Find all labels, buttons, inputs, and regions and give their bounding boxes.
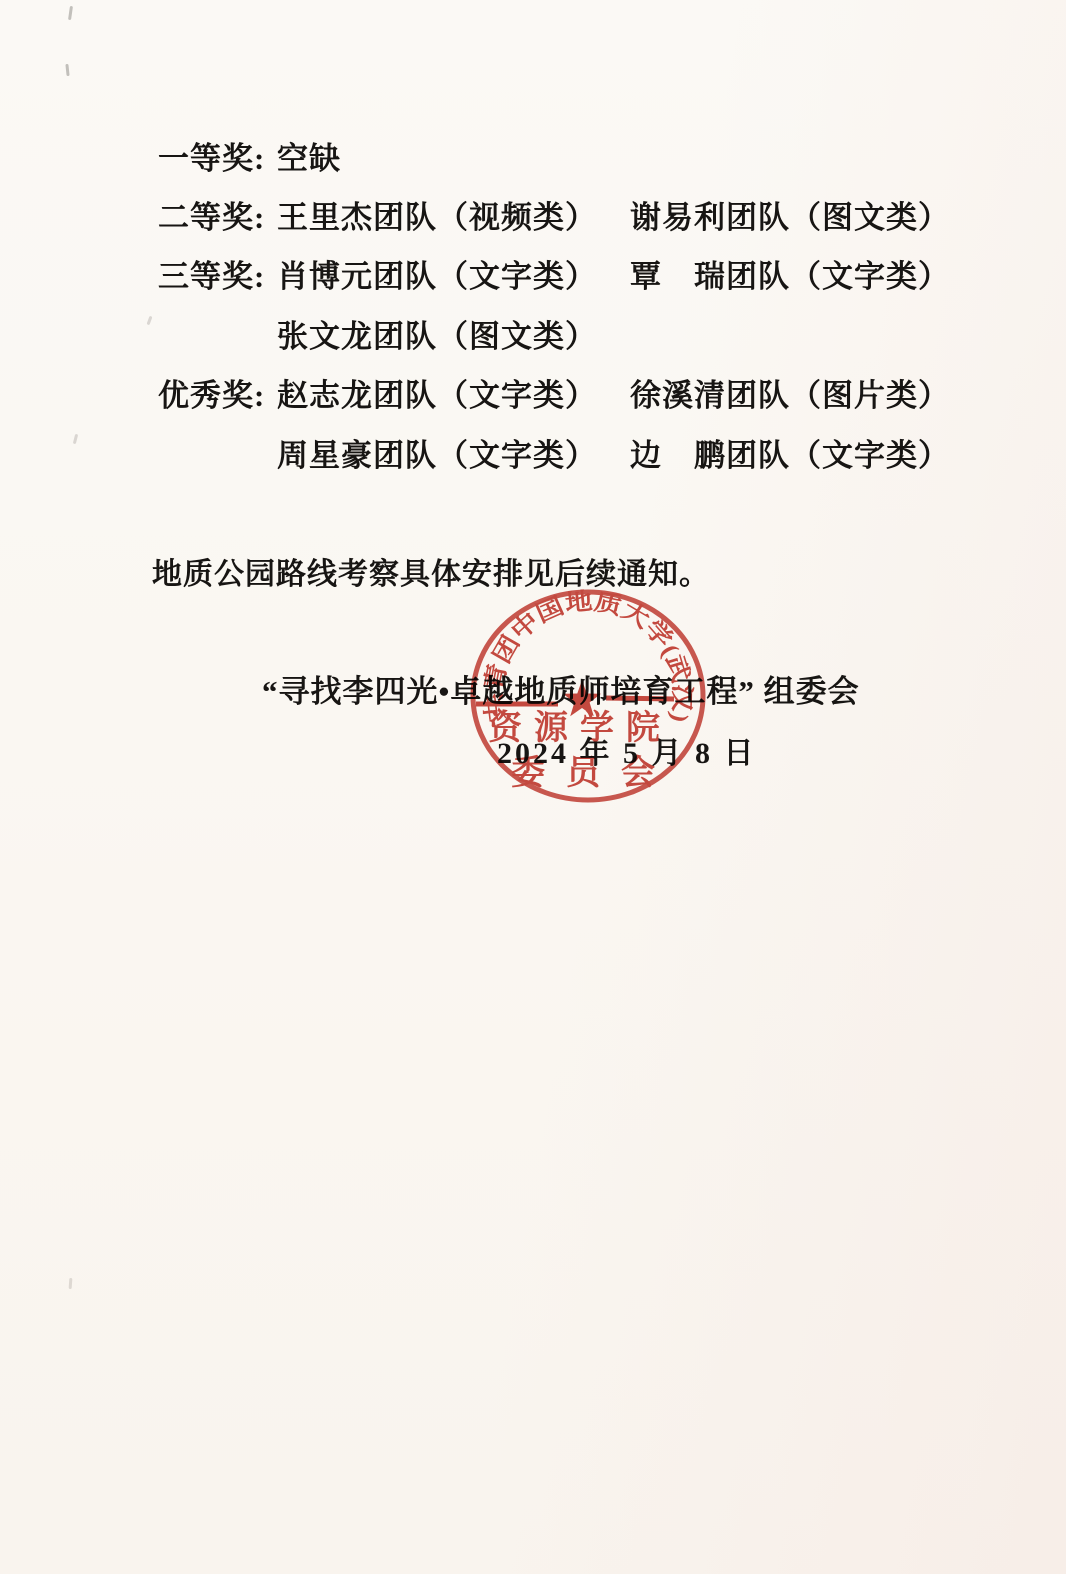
date-line: 2024 年 5 月 8 日	[497, 728, 757, 772]
award-entry: 肖博元团队（文字类）	[277, 251, 597, 296]
award-entry: 张文龙团队（图文类）	[277, 311, 597, 356]
award-label: 优秀奖:	[158, 370, 265, 415]
award-entry: 徐溪清团队（图片类）	[630, 370, 950, 415]
award-entry: 王里杰团队（视频类）	[277, 192, 597, 237]
award-row-first-prize: 一等奖: 空缺	[0, 133, 1066, 173]
award-row-third-prize-cont: 张文龙团队（图文类）	[0, 311, 1066, 351]
award-entry: 空缺	[277, 133, 341, 178]
document-page: 一等奖: 空缺 二等奖: 王里杰团队（视频类） 谢易利团队（图文类） 三等奖: …	[0, 0, 1066, 1574]
award-entry: 覃 瑞团队（文字类）	[630, 251, 950, 296]
note-text: 地质公园路线考察具体安排见后续通知。	[152, 549, 710, 593]
award-row-second-prize: 二等奖: 王里杰团队（视频类） 谢易利团队（图文类）	[0, 192, 1066, 232]
scan-speck	[68, 6, 73, 20]
award-row-excellence-prize: 优秀奖: 赵志龙团队（文字类） 徐溪清团队（图片类）	[0, 370, 1066, 410]
award-entry: 赵志龙团队（文字类）	[277, 370, 597, 415]
award-row-third-prize: 三等奖: 肖博元团队（文字类） 覃 瑞团队（文字类）	[0, 251, 1066, 291]
award-entry: 谢易利团队（图文类）	[630, 192, 950, 237]
scan-speck	[65, 64, 69, 76]
scan-speck	[69, 1278, 73, 1289]
award-label: 一等奖:	[158, 133, 265, 178]
award-label: 三等奖:	[158, 251, 265, 296]
award-entry: 边 鹏团队（文字类）	[630, 430, 950, 475]
award-label: 二等奖:	[158, 192, 265, 237]
award-row-excellence-prize-cont: 周星豪团队（文字类） 边 鹏团队（文字类）	[0, 430, 1066, 470]
signature-line: “寻找李四光•卓越地质师培育工程” 组委会	[262, 666, 860, 711]
award-entry: 周星豪团队（文字类）	[277, 430, 597, 475]
